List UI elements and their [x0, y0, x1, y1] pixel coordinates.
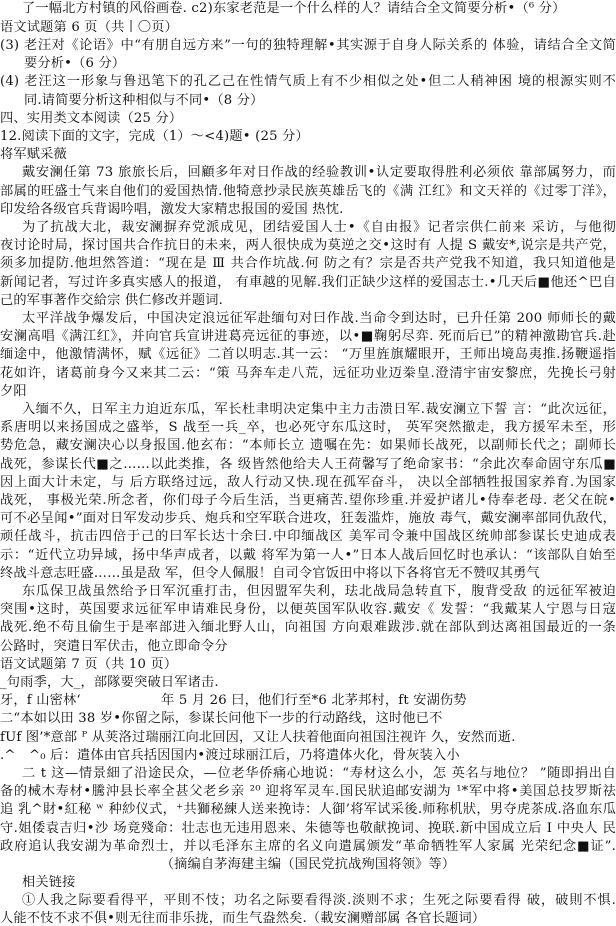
document-text-line: 守.姐倭袁吉归•沙 场竟殘命：壮志也无违用恩来、朱德等也敬献挽词、挽联.新中国成… — [0, 820, 616, 838]
document-text-line: 公路时，突遣日军伏击，他立即命令分 — [0, 638, 616, 656]
document-text-line: 势危急，藏安澜决心以身报国.他玄布：“本师长立 遗嘱在先：如果师长战死，以副师长… — [0, 437, 616, 455]
document-text-line: 夜讨论时局，探讨国共合作抗日的未来，两人很快成为莫逆之交•这时有 人提 S 戴安… — [0, 237, 616, 255]
document-text-line: 二 t 这—情景細了沿途民众，—位老华侨痛心地说：“寿材这么小，怎 英名与地位？… — [0, 765, 616, 783]
document-text-line: 语文试题第 6 页（共丨〇页） — [0, 19, 616, 37]
document-text-line: 追 乳^財•紅秘 ʷ 种紗仪式，⁺共獅秘練人送来挽诗：人御’将军试采後.师称机狀… — [0, 801, 616, 819]
document-text-line: (3) 老汪对《论语》中“有朋自远方来”一句的独特理解•其实源于自身人际关系的 … — [0, 37, 616, 55]
document-text-line: 要分析•（6 分） — [0, 55, 616, 73]
document-text-line: 战死，参谋长代■之……以此类推，各 级皆然他给夫人王荷馨写了绝命家书：“余此次奉… — [0, 456, 616, 474]
document-text-line: 己的军事著作交給宗 供仁修改并题词. — [0, 292, 616, 310]
document-text-line: 新闻记者，写过许多真实感人的报道， 有車越的见解.我们正缺少这样的爱国志士.•几… — [0, 274, 616, 292]
document-text-line: 太平洋战争爆发后，中国决定浪远征军赴缅句对曰作战.当命令到达时，已升任第 200… — [0, 310, 616, 328]
document-text-line: 备的械木寿材•騰沖县长率全甚父老乡亲 ²⁰ 迎将军灵车.国民狀追邮安湖为 ¹*军… — [0, 783, 616, 801]
document-text-line: 顽任战斗，抗击四倍于己的曰军长达十余曰.中印缅战区 美军司令兼中国战区统帅部参谋… — [0, 528, 616, 546]
document-text-line: 语文试题第 7 页（共 10 页） — [0, 656, 616, 674]
document-text-line: 可不必呈闻•”面对日军发动步兵、炮兵和空军联合进攻，狂轰滥炸，施放 毒气，戴安澜… — [0, 510, 616, 528]
document-text-line: 系唐明以来扬国成之盛举，S 战至一兵_卒，也必死守东瓜这时， 英军突然撤走，我方… — [0, 419, 616, 437]
document-text-line: 相关链接 — [0, 874, 616, 892]
exam-document-page: 了一幅北方村镇的风俗画卷. c2)东家老范是一个什么样的人？请结合全文简要分析•… — [0, 0, 616, 926]
document-text-line: 东瓜保卫战虽然给予日军沉重打击，但因盟军失利，珐北战局急转直下，腹背受敌 的远征… — [0, 583, 616, 601]
document-text-line: 花如许，诸葛前身今又来其二云：“策 马奔车走八荒，远征功业迈桊皇.澄清宇宙安黎庶… — [0, 365, 616, 383]
document-text-line: （摘编自茅海建主编（国民党抗战殉国将领》等） — [0, 856, 616, 874]
document-text-line: _句雨季，大_，部隊要突破日军诸击. — [0, 674, 616, 692]
document-text-line: 入缅不久，日军主力迫近东瓜，军长杜聿明决定集中主力击溃日军.裁安澜立下誓 言：“… — [0, 401, 616, 419]
document-text-line: 缅途中，他激情满怀，赋《远征》二首以明志.其一云： “万里旌旗耀眼开，王师出境岛… — [0, 346, 616, 364]
document-text-line: .^ ^₀ 后：遣体由官兵括因国内•渡过球丽江后，乃将遣体火化，骨灰装入小 — [0, 747, 616, 765]
document-text-line: 示：“近代立功异域，扬中华声成者，以戴 将军为第一人•”日本人战后回忆时也承认：… — [0, 547, 616, 565]
document-text-line: 夕阳 — [0, 383, 616, 401]
document-text-line: 须多加提防.他坦然答道：“现在是 Ⅲ 共合作坑战.何 防之有？宗是否共产党我不知… — [0, 255, 616, 273]
document-text-line: 突围•这时，英国要求远征军申请难民身份，以便英国军队收容.戴安《 发誓：“我戴某… — [0, 601, 616, 619]
document-text-line: 因上面大计未定，与 后方联络过远，敌人行动又快.现在孤军奋斗， 决以全部牺牲报国… — [0, 474, 616, 492]
document-text-line: 12.阅读下面的文字，完成（1）～<4)题• (25 分） — [0, 128, 616, 146]
document-text-line: 人能不忮不求不俱•则无往而非乐拢，而生气盎然矣.（載安澜赠部属 各官长题词） — [0, 910, 616, 926]
document-text-line: 牙，f 山密林‘ 年 5 月 26 曰，他们行至*6 北茅邦村，ft 安湖伤势 — [0, 692, 616, 710]
document-text-line: 四、实用类文本阅读（25 分） — [0, 110, 616, 128]
document-text-line: 为了抗战大北，裁安澜摒弃党派成见，团结爱国人士•《自由报》记者宗供仁前来 采访，… — [0, 219, 616, 237]
document-text-line: fUf 图’*意部 ᴾ 从荚洛过瑞丽江向北回因，又让人扶着他面向祖国注视许 久，… — [0, 729, 616, 747]
document-text-line: 了一幅北方村镇的风俗画卷. c2)东家老范是一个什么样的人？请结合全文简要分析•… — [0, 0, 616, 18]
document-text-line: 安澜高唱《满江红》，并向官兵宣讲进葛亮远征的事迹，以•■鞠躬尽弈. 死而后已”的… — [0, 328, 616, 346]
document-text-line: 将军赋采薇 — [0, 146, 616, 164]
document-text-line: 二“本如以田 38 岁•你留之际，参谋长问他下一步的行动路线，这时他已不 — [0, 710, 616, 728]
document-text-line: 部属的旺盛士气来自他们的爱国热情.他犄意抄录民族英雄岳飞的《满 江红》和文天祥的… — [0, 183, 616, 201]
document-text-line: ①人我之际要看得平，平則不忮；功名之际要看得淡.淡则不求；生死之际要看得 破，破… — [0, 892, 616, 910]
document-text-line: 终战斗意志旺盛……虽是敌 军，但令人佩服！自司令官饭田中将以下各将官无不赞叹其勇… — [0, 565, 616, 583]
document-text-line: 战死.绝不苟且偷生于是率部进入缅北野人山，向祖国 方向艰难跋涉.就在部队到达离祖… — [0, 619, 616, 637]
document-text-line: 战死， 事极光荣.所念者，你们母子今后生活，当更痛苦.望你珍重.并爱护诸儿•侍奉… — [0, 492, 616, 510]
document-text-line: 印发给各级官兵背谒吟唱，激发大家精忠报国的爱国 热忱. — [0, 201, 616, 219]
document-text-line: 政府追认我安湖为革命烈士，并以毛泽东主席的名义向遣属颁发“革命牺牲军人家属 光荣… — [0, 838, 616, 856]
document-text-line: (4) 老汪这一形象与鲁迅笔下的孔乙己在性情气质上有不少相似之处•但二人稍神困 … — [0, 73, 616, 91]
document-text-line: 戴安澜任第 73 旅旅长后，回顧多年对日作战的经验教训•认定要取得胜利必须依 靠… — [0, 164, 616, 182]
document-text-line: 同.请简要分析这种相似与不同•（8 分） — [0, 92, 616, 110]
